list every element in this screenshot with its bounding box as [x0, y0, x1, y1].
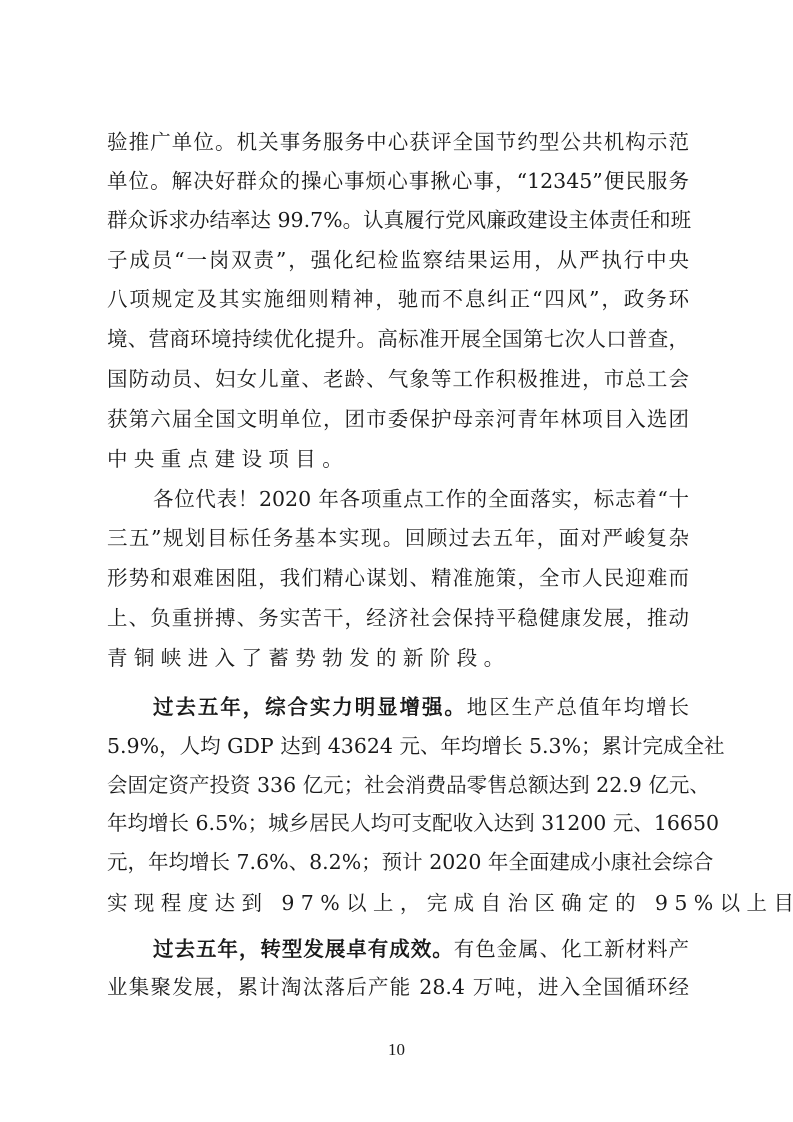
paragraph-line: 业集聚发展，累计淘汰落后产能 28.4 万吨，进入全国循环经: [107, 972, 689, 1002]
paragraph-line: 单位。解决好群众的操心事烦心事揪心事，“12345”便民服务: [107, 166, 689, 196]
paragraph-line: 群众诉求办结率达 99.7%。认真履行党风廉政建设主体责任和班: [107, 205, 689, 235]
paragraph-line: 子成员“一岗双责”，强化纪检监察结果运用，从严执行中央: [107, 245, 689, 275]
paragraph-line: 会固定资产投资 336 亿元；社会消费品零售总额达到 22.9 亿元、: [107, 770, 689, 800]
paragraph-first-line: 过去五年，综合实力明显增强。地区生产总值年均增长: [107, 692, 689, 722]
paragraph-first-line: 过去五年，转型发展卓有成效。有色金属、化工新材料产: [107, 934, 689, 964]
paragraph-line: 实现程度达到 97%以上，完成自治区确定的 95%以上目标。: [107, 888, 689, 918]
page-number: 10: [0, 1040, 793, 1060]
paragraph-text: 有色金属、化工新材料产: [454, 937, 689, 961]
paragraph-line: 获第六届全国文明单位，团市委保护母亲河青年林项目入选团: [107, 404, 689, 434]
section-heading: 过去五年，转型发展卓有成效。: [153, 937, 454, 961]
paragraph-text: 地区生产总值年均增长: [467, 695, 689, 719]
paragraph-line: 上、负重拼搏、务实苦干，经济社会保持平稳健康发展，推动: [107, 603, 689, 633]
paragraph-line: 各位代表！2020 年各项重点工作的全面落实，标志着“十: [107, 484, 689, 514]
paragraph-line: 国防动员、妇女儿童、老龄、气象等工作积极推进，市总工会: [107, 364, 689, 394]
paragraph-line: 5.9%，人均 GDP 达到 43624 元、年均增长 5.3%；累计完成全社: [107, 731, 689, 761]
paragraph-line: 境、营商环境持续优化提升。高标准开展全国第七次人口普查，: [107, 324, 689, 354]
paragraph-line: 八项规定及其实施细则精神，驰而不息纠正“四风”，政务环: [107, 284, 689, 314]
paragraph-line: 中央重点建设项目。: [107, 444, 689, 474]
paragraph-line: 年均增长 6.5%；城乡居民人均可支配收入达到 31200 元、16650: [107, 808, 689, 838]
section-heading: 过去五年，综合实力明显增强。: [153, 695, 467, 719]
paragraph-line: 形势和艰难困阻，我们精心谋划、精准施策，全市人民迎难而: [107, 563, 689, 593]
paragraph-line: 青铜峡进入了蓄势勃发的新阶段。: [107, 643, 689, 673]
paragraph-line: 三五”规划目标任务基本实现。回顾过去五年，面对严峻复杂: [107, 523, 689, 553]
paragraph-line: 元，年均增长 7.6%、8.2%；预计 2020 年全面建成小康社会综合: [107, 847, 689, 877]
paragraph-line: 验推广单位。机关事务服务中心获评全国节约型公共机构示范: [107, 127, 689, 157]
document-page: 验推广单位。机关事务服务中心获评全国节约型公共机构示范 单位。解决好群众的操心事…: [0, 0, 793, 1122]
